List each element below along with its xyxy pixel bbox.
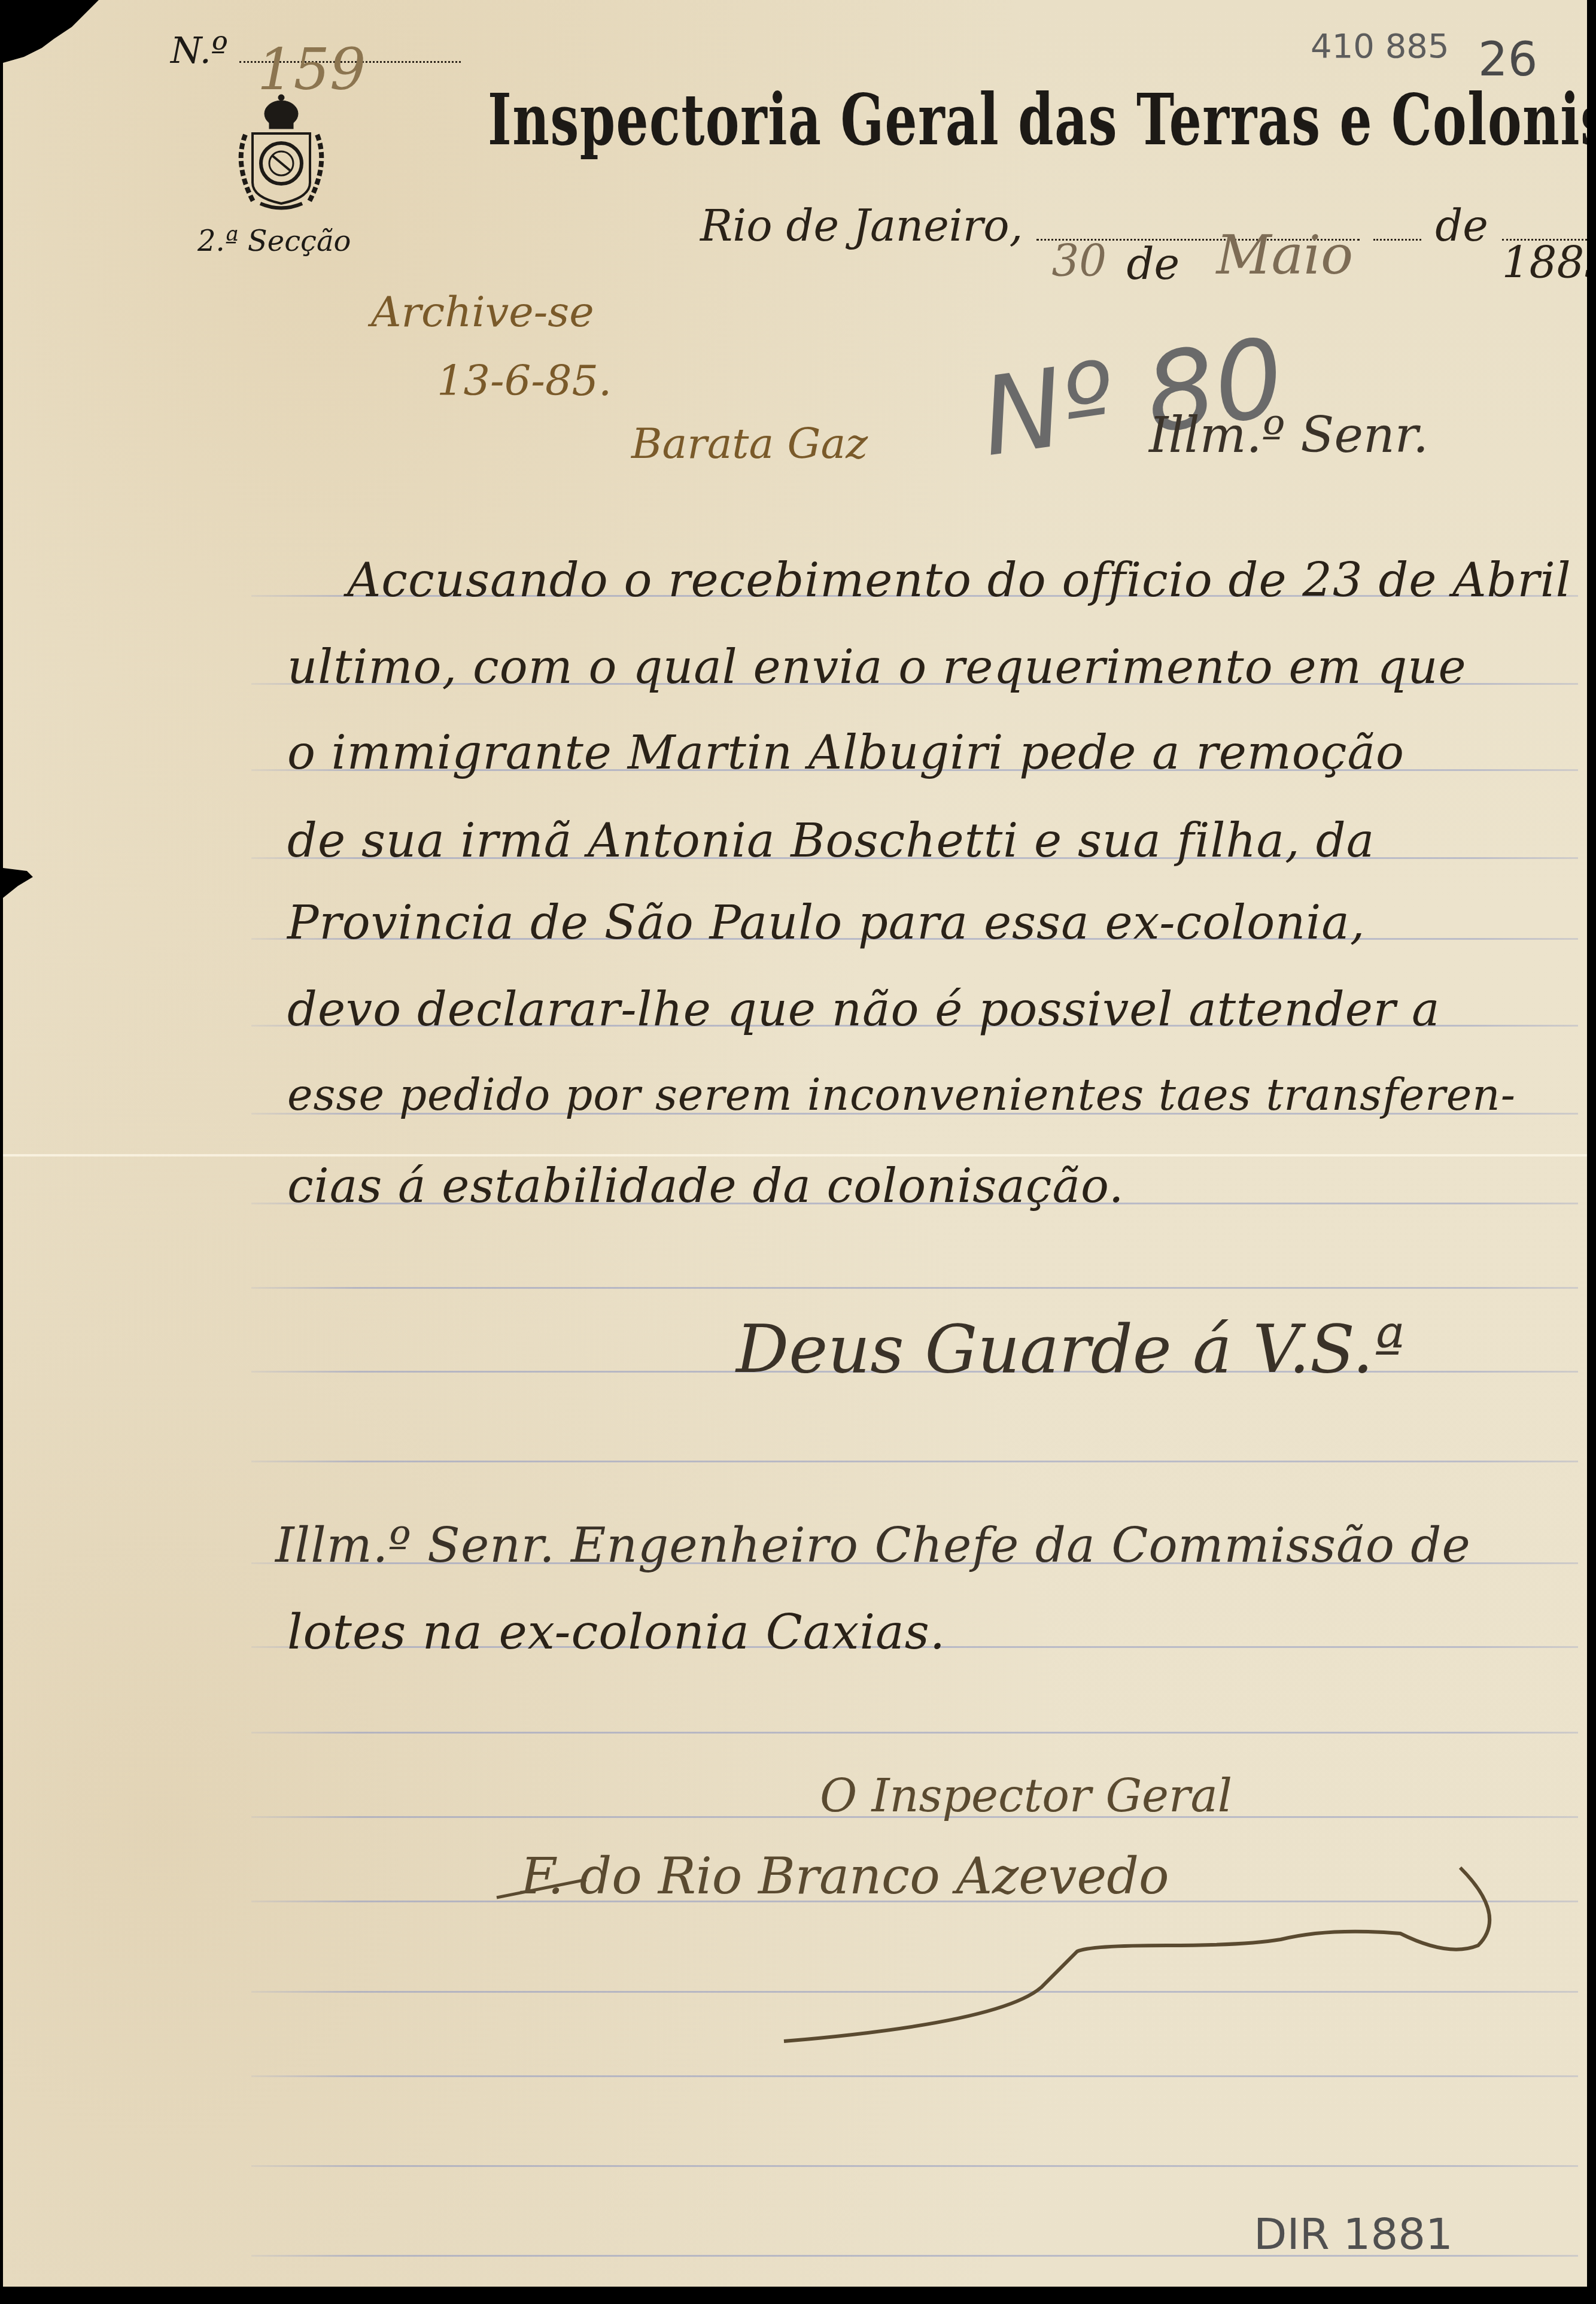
place-date-line: Rio de Janeiro, 30 de Maio de 1885: [700, 201, 1596, 251]
addressee-line: Illm.º Senr. Engenheiro Chefe da Commiss…: [275, 1517, 1471, 1573]
body-line: o immigrante Martin Albugiri pede a remo…: [287, 726, 1405, 780]
body-line: esse pedido por serem inconvenientes tae…: [287, 1070, 1516, 1120]
signature-title: O Inspector Geral: [820, 1769, 1232, 1822]
number-label: N.º: [171, 30, 228, 72]
closing: Deus Guarde á V.S.ª: [736, 1311, 1405, 1388]
body-line: cias á estabilidade da colonisação.: [287, 1159, 1124, 1213]
paper-fold: [0, 1154, 1587, 1156]
addressee-line: lotes na ex-colonia Caxias.: [287, 1604, 946, 1660]
archive-number: 410 885: [1311, 27, 1449, 66]
date-de2: de: [1435, 201, 1488, 251]
date-year: 1885: [1502, 238, 1596, 288]
archive-date: 13-6-85.: [437, 356, 612, 405]
salutation: Illm.º Senr.: [1149, 407, 1428, 464]
signature-flourish-icon: [491, 1844, 1568, 2083]
catalog-mark: DIR 1881: [1254, 2209, 1453, 2259]
date-day: 30: [1051, 236, 1106, 286]
date-de: de: [1126, 239, 1179, 289]
folio-number: 26: [1478, 33, 1537, 87]
ruled-line: [251, 1287, 1578, 1289]
body-line: Accusando o recebimento do officio de 23…: [347, 554, 1571, 608]
letterhead-title: Inspectoria Geral das Terras e Colonisaç…: [488, 78, 1596, 161]
ruled-line: [251, 1732, 1578, 1734]
ruled-line: [251, 1461, 1578, 1462]
body-line: Provincia de São Paulo para essa ex-colo…: [287, 896, 1366, 950]
place-label: Rio de Janeiro,: [700, 201, 1023, 251]
document-number: N.º 159: [171, 30, 461, 72]
archive-note: Archive-se: [371, 287, 594, 336]
body-line: devo declarar-lhe que não é possivel att…: [287, 983, 1440, 1037]
body-line: de sua irmã Antonia Boschetti e sua filh…: [287, 814, 1375, 868]
document-page: N.º 159 2.ª Secção Inspectoria Geral das…: [0, 0, 1587, 2287]
ruled-line: [251, 2165, 1578, 2167]
section-label: 2.ª Secção: [197, 224, 351, 258]
date-month: Maio: [1216, 224, 1353, 287]
archive-initials: Barata Gaz: [631, 419, 868, 468]
body-line: ultimo, com o qual envia o requerimento …: [287, 640, 1467, 694]
imperial-crest-icon: [227, 93, 335, 213]
